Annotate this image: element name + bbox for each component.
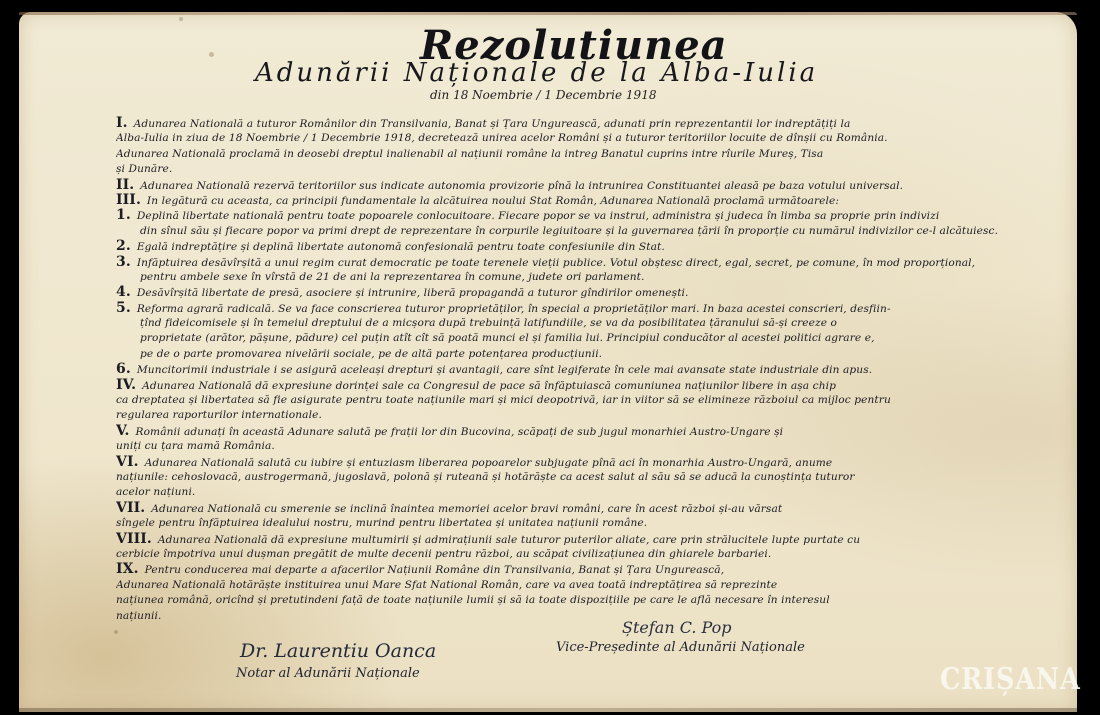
line-text: Românii adunați în această Adunare salut… — [136, 426, 784, 438]
resolution-line: Adunarea Natională hotărăște instituirea… — [116, 578, 1016, 593]
line-text: națiunile: cehoslovacă, austrogermană, j… — [116, 471, 855, 483]
resolution-line: 6.Muncitorimii industriale i se asigură … — [116, 362, 1016, 377]
article-number: 4. — [116, 285, 131, 300]
document-subtitle: Adunării Naționale de la Alba-Iulia — [255, 58, 818, 88]
article-number: VI. — [116, 455, 139, 470]
line-text: Reforma agrară radicală. Se va face cons… — [137, 303, 891, 315]
resolution-line: pe de o parte promovarea nivelării socia… — [116, 347, 1016, 362]
resolution-line: 4.Desăvîrșită libertate de presă, asocie… — [116, 285, 1016, 300]
resolution-line: 2.Egală indreptățire și deplină libertat… — [116, 239, 1016, 254]
resolution-line: națiunii. — [116, 609, 1016, 624]
line-text: Adunarea Natională salută cu iubire și e… — [145, 457, 833, 469]
signature-notary-name: Dr. Laurentiu Oanca — [240, 640, 436, 662]
resolution-line: VII.Adunarea Natională cu smerenie se in… — [116, 501, 1016, 516]
article-number: IX. — [116, 562, 139, 577]
resolution-line: I.Adunarea Natională a tuturor Românilor… — [116, 116, 1016, 131]
resolution-line: IV.Adunarea Natională dă expresiune dori… — [116, 378, 1016, 393]
line-text: sîngele pentru înfăptuirea idealului nos… — [116, 517, 647, 529]
resolution-line: cerbicie împotriva unui dușman pregătit … — [116, 547, 1016, 562]
paper-spot — [179, 17, 183, 21]
line-text: națiunea română, oricînd și pretutindeni… — [116, 594, 830, 606]
line-text: Adunarea Natională dă expresiune multumi… — [158, 534, 860, 546]
line-text: țînd fideicomisele și în temeiul dreptul… — [140, 317, 837, 329]
resolution-line: VIII.Adunarea Natională dă expresiune mu… — [116, 532, 1016, 547]
line-text: Deplină libertate natională pentru toate… — [137, 210, 939, 222]
signature-vice-president-role: Vice-Președinte al Adunării Naționale — [556, 640, 805, 655]
resolution-line: 1.Deplină libertate natională pentru toa… — [116, 208, 1016, 223]
paper-spot — [114, 630, 118, 634]
line-text: Adunarea Natională proclamă in deosebi d… — [116, 148, 823, 160]
resolution-line: națiunea română, oricînd și pretutindeni… — [116, 593, 1016, 608]
line-text: cerbicie împotriva unui dușman pregătit … — [116, 548, 771, 560]
line-text: Desăvîrșită libertate de presă, asociere… — [137, 287, 689, 299]
line-text: și Dunăre. — [116, 163, 172, 175]
article-number: 2. — [116, 239, 131, 254]
article-number: III. — [116, 193, 141, 208]
article-number: IV. — [116, 378, 136, 393]
resolution-body: I.Adunarea Natională a tuturor Românilor… — [116, 116, 1016, 624]
line-text: ca dreptatea și libertatea să fie asigur… — [116, 394, 891, 406]
resolution-line: ca dreptatea și libertatea să fie asigur… — [116, 393, 1016, 408]
resolution-line: proprietate (arător, pășune, pădure) cel… — [116, 331, 1016, 346]
resolution-line: V.Românii adunați în această Adunare sal… — [116, 424, 1016, 439]
line-text: Adunarea Natională hotărăște instituirea… — [116, 579, 777, 591]
line-text: Adunarea Natională rezervă teritoriilor … — [140, 180, 903, 192]
article-number: VIII. — [116, 532, 152, 547]
line-text: Pentru conducerea mai departe a afaceril… — [145, 564, 725, 576]
document-date: din 18 Noembrie / 1 Decembrie 1918 — [430, 88, 656, 102]
line-text: națiunii. — [116, 610, 161, 622]
article-number: 3. — [116, 255, 131, 270]
line-text: proprietate (arător, pășune, pădure) cel… — [140, 332, 875, 344]
watermark-logo: CRIȘANA — [940, 662, 1081, 697]
line-text: regularea raporturilor internationale. — [116, 409, 322, 421]
line-text: Alba-Iulia in ziua de 18 Noembrie / 1 De… — [116, 132, 888, 144]
line-text: In legătură cu aceasta, ca principii fun… — [147, 195, 839, 207]
resolution-line: IX.Pentru conducerea mai departe a aface… — [116, 562, 1016, 577]
resolution-line: II.Adunarea Natională rezervă teritoriil… — [116, 178, 1016, 193]
signature-vice-president-name: Ștefan C. Pop — [622, 618, 732, 637]
line-text: pe de o parte promovarea nivelării socia… — [140, 348, 602, 360]
resolution-line: VI.Adunarea Natională salută cu iubire ș… — [116, 455, 1016, 470]
resolution-line: 3.Infăptuirea desăvîrșită a unui regim c… — [116, 255, 1016, 270]
line-text: Muncitorimii industriale i se asigură ac… — [137, 364, 872, 376]
article-number: 1. — [116, 208, 131, 223]
article-number: I. — [116, 116, 128, 131]
line-text: acelor națiuni. — [116, 486, 195, 498]
article-number: VII. — [116, 501, 145, 516]
resolution-line: țînd fideicomisele și în temeiul dreptul… — [116, 316, 1016, 331]
line-text: uniți cu țara mamă România. — [116, 440, 275, 452]
line-text: din sînul său și fiecare popor va primi … — [140, 225, 998, 237]
resolution-line: pentru ambele sexe în vîrstă de 21 de an… — [116, 270, 1016, 285]
line-text: Adunarea Natională dă expresiune dorințe… — [142, 380, 836, 392]
article-number: II. — [116, 178, 134, 193]
article-number: V. — [116, 424, 130, 439]
resolution-line: Alba-Iulia in ziua de 18 Noembrie / 1 De… — [116, 131, 1016, 146]
paper-spot — [209, 52, 214, 57]
article-number: 6. — [116, 362, 131, 377]
resolution-line: națiunile: cehoslovacă, austrogermană, j… — [116, 470, 1016, 485]
resolution-line: 5.Reforma agrară radicală. Se va face co… — [116, 301, 1016, 316]
line-text: pentru ambele sexe în vîrstă de 21 de an… — [140, 271, 644, 283]
resolution-line: III.In legătură cu aceasta, ca principii… — [116, 193, 1016, 208]
resolution-line: uniți cu țara mamă România. — [116, 439, 1016, 454]
resolution-line: și Dunăre. — [116, 162, 1016, 177]
line-text: Infăptuirea desăvîrșită a unui regim cur… — [137, 257, 975, 269]
resolution-line: regularea raporturilor internationale. — [116, 408, 1016, 423]
resolution-line: sîngele pentru înfăptuirea idealului nos… — [116, 516, 1016, 531]
resolution-line: Adunarea Natională proclamă in deosebi d… — [116, 147, 1016, 162]
resolution-line: din sînul său și fiecare popor va primi … — [116, 224, 1016, 239]
resolution-line: acelor națiuni. — [116, 485, 1016, 500]
signature-notary-role: Notar al Adunării Naționale — [236, 666, 420, 681]
line-text: Egală indreptățire și deplină libertate … — [137, 241, 665, 253]
line-text: Adunarea Natională cu smerenie se inclin… — [151, 503, 782, 515]
line-text: Adunarea Natională a tuturor Românilor d… — [134, 118, 851, 130]
article-number: 5. — [116, 301, 131, 316]
